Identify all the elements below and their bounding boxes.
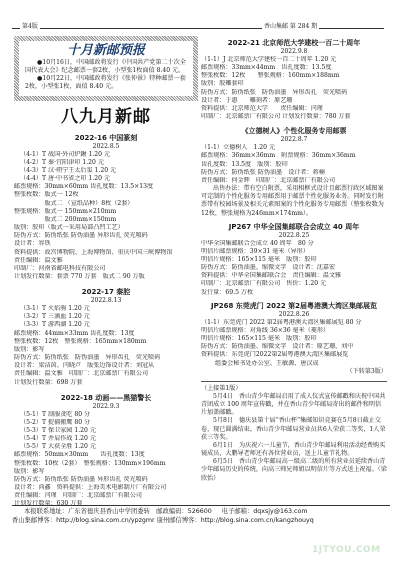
spec-line: 中华全国集邮联合会成立 40 周年 80 分 [201,240,387,248]
spec-line: 资料提供：中华全国集邮联合会 责任编辑：温文雅 [201,272,387,280]
section-title: 2022-17 秦腔 [14,287,198,297]
stamp-line: （3-1）T 火焰驹 1.20 元 [14,305,198,313]
spec-line: 印制厂：北京邮票厂有限公司 计划发行数量：780 万套 [201,113,387,121]
page-number-label: 第4版 [20,23,40,31]
spec-line: 防伪方式：防伪纸张 防伪油墨 异形齿孔 荧光喷码 [201,89,387,97]
spec-line: 防伪方式：防伪纸张 防伪油墨 异形齿孔 荧光喷码 [14,476,198,484]
preview-title: 十月新邮预报 [25,43,187,59]
section-title: 《立德树人》个性化服务专用邮票 [201,126,387,136]
news-paragraph: 5月4日 香山青少年邮局启用了成人仪式宣传邮戳和庆祝中国共青团成立 100 周年… [201,393,387,417]
spec-line: 邮票规格：33mm×44mm 齿孔度数：13.5度 [201,64,387,72]
spec-line: 版别：影写 [14,346,198,354]
section-title: 2022-16 中国篆刻 [14,133,198,143]
footer-contact-line: 本报联系地址：广东省德庆县香山中学团委转 邮政编码：526600 电子邮箱：dq… [12,507,390,516]
section-title: JP268 东莞虎门 2022 第2届粤港澳大湾区集邮展览 [201,301,387,311]
spec-line: 防伪方式：防伪油墨、缩微文字 设计者：沈嘉宏 [201,264,387,272]
stamp-line: （4-2）T 秦·宜阳津印 1.20 元 [14,159,198,167]
spec-line: 整张枚数：版式一 12枚 [14,191,198,199]
publication-issue: 香山集邮 第 284 期 [262,23,319,31]
spec-line: 印制厂：北京邮票厂有限公司 售价：1.20 元 [201,280,387,288]
spec-line: 邮票规格：50mm×30mm 齿孔度数：13度 [14,451,198,459]
spec-line: 整张枚数：12枚 整张规格：160mm×188mm [201,72,387,80]
blog-link-kangzhou[interactable]: http://blog.sina.com.cn/kangzhouyq [201,517,314,524]
stamp-line: （3-2）T 三滴血 1.20 元 [14,313,198,321]
spec-line: 责任编辑：闫瑾 印制厂：北京邮票厂有限公司 [14,492,198,500]
issue-date: 2022.8.13 [14,297,198,305]
spec-line: 防伪方式：防伪纸张 防伪油墨 异形齿孔 荧光喷码 [14,354,198,362]
spec-line: 防伪方式：防伪油墨、缩微文字 设计者：原艺珊、刘中 [201,343,387,351]
stamp-section-heimao: 2022-18 动画——黑猫警长 2022.9.3 （5-1）T 制服贪吃 80… [14,393,198,509]
spec-line: 整张枚数：12枚 整张规格：165mm×180mm [14,338,198,346]
spec-line: （1-1）东莞虎门 2022 第2届粤港澳大湾区集邮展览 80 分 [201,319,387,327]
stamp-section-zhuanke: 2022-16 中国篆刻 2022.8.5 （4-1）T 战国·外司炉鍬 1.2… [14,133,198,282]
stamp-line: （5-3）T 保卫家园 1.20 元 [14,427,198,435]
spec-line: 设计者：尚鑫 资料提供：上海美术电影制片厂有限公司 [14,484,198,492]
spec-line: 明信片规格：165×115 毫米 版别：胶印 [201,335,387,343]
right-column: 2022-21 北京师范大学建校一百二十周年 2022.9.8 （1-1）J 北… [201,36,387,483]
spec-line: 明信片邮票规格：39×31 毫米（异形） [201,248,387,256]
blog-label-kangzhou: 康州邮信博客： [157,517,201,524]
stamp-line: （3-3）T 游西湖 1.20 元 [14,321,198,329]
left-column: 十月新邮预报 ●10月16日，中国邮政将发行《中国共产党第二十次全国代表大会》纪… [14,36,198,509]
section-divider [201,381,387,382]
spec-line: 明信片邮票规格：对角线 36×36 毫米（菱形） [201,327,387,335]
news-section: （上接第1版） 5月4日 香山青少年邮局启用了成人仪式宣传邮戳和庆祝中国共青团成… [201,385,387,483]
stamp-line: （4-1）T 战国·外司炉鍬 1.20 元 [14,151,198,159]
section-title: 2022-18 动画——黑猫警长 [14,393,198,403]
issue-date: 2022.8.26 [201,311,387,319]
news-paragraph: 5月8日 德庆县第十届“香山杯”集邮知识竞赛在5月8日截止交卷，现已圆满结束。香… [201,417,387,441]
watermark-logo: 1JTYOU.COM [312,545,381,555]
spec-line: 责任编辑：何金辉 印制厂：北京邮票厂有限公司 [201,177,387,185]
stamp-section-jp267: JP267 中华全国集邮联合会成立 40 周年 2022.8.25 中华全国集邮… [201,222,387,297]
spec-line: 设计者：容铁 [14,240,198,248]
stamp-section-lideshuren: 《立德树人》个性化服务专用邮票 2022.8.7 （1-1）立德树人 1.20 … [201,126,387,217]
spec-line: 邮票规格：36mm×36mm 附票规格：36mm×36mm [201,152,387,160]
continued-note: （下转第3版） [201,368,387,376]
spec-line: 整张枚数：10枚（2套） 整张规格：130mm×196mm [14,460,198,468]
stamp-line: （5-1）T 制服贪吃 80 分 [14,411,198,419]
spec-line: 责任编辑：温文雅 [14,257,198,265]
spec-line: 版式二 200mm×150mm [14,216,198,224]
spec-line: 发行量：69.5 万枚 [201,289,387,297]
issue-date: 2022.9.8 [201,48,387,56]
postcode: 526600 [188,508,212,515]
spec-line: 印制厂：河南省邮电科技有限公司 [14,265,198,273]
spec-line: 设计者：于惠 雕刻者：原艺珊 [201,97,387,105]
news-paragraph: 6月1日 为庆祝六一儿童节，香山青少年邮局利用活动经费购买镜成员，大鹏导老师还有… [201,442,387,458]
spec-line: 资料提供：北京师范大学 责任编辑：闫瑾 [201,105,387,113]
spec-line: 计划发行数量：套票 770 万套 版式二 90 万版 [14,273,198,281]
footer-blog-line: 香山集邮博客：http://blog.sina.com.cn/ypzgmr 康州… [12,516,390,525]
stamp-section-jp268: JP268 东莞虎门 2022 第2届粤港澳大湾区集邮展览 2022.8.26 … [201,301,387,376]
section-title: JP267 中华全国集邮联合会成立 40 周年 [201,222,387,232]
section-title: 2022-21 北京师范大学建校一百二十周年 [201,38,387,48]
issue-date: 2022.8.7 [201,136,387,144]
news-paragraph: 6月5日 香山青少年邮局高一级高二级的所有营业员延续香山青少年邮局历史的传统，向… [201,458,387,482]
spec-line: 资料提供：东莞虎门2022第2届粤港澳大湾区集邮展览 [201,351,387,359]
issue-date: 2022.9.3 [14,403,198,411]
preview-item: ●10月16日，中国邮政将发行《中国共产党第二十次全国代表大会》纪念邮票一套2枚… [25,59,187,75]
issue-date: 2022.8.5 [14,143,198,151]
spec-line: 组委会秘书处办公室、王敏源、唐汉成 [201,360,387,368]
stamp-line: （5-4）T 并肩作战 1.20 元 [14,435,198,443]
spec-line: 版式二 （宣纸品种）8枚（2套） [14,200,198,208]
spec-line: 版别：胶印（版式一采用局部凸凹工艺） [14,224,198,232]
email-label: 电子邮箱： [214,508,253,515]
spec-line: 邮票规格：30mm×60mm 齿孔度数：13.5×13度 [14,183,198,191]
stamp-line: （5-2）T 捉捕搬鹰 80 分 [14,419,198,427]
spec-line: 资料提供：故宫博物院、上海博物馆、重庆中国三峡博物馆 [14,249,198,257]
sale-method-paragraph: 出售办法：带有空白附票，采用相框式设计且邮票行政区域图案可定制的个性化服务专用邮… [201,185,387,218]
preview-item: ●10月22日，中国邮政将发行《张仲景》特种邮票一套2枚，小型张1枚，面值 8.… [25,75,187,91]
spec-line: 整张规格：版式一 150mm×210mm [14,208,198,216]
contact-address: 本报联系地址：广东省德庆县香山中学团委转 邮政编码： [12,508,188,515]
spec-line: 防伪方式：防伪纸张 防伪油墨 设计者：蒋楠 [201,169,387,177]
spec-line: 齿孔度数：13.5度 版别：胶印 [201,161,387,169]
stamp-line: （4-3）T 汉·朔宁王太后玺 1.20 元 [14,167,198,175]
preview-box: 十月新邮预报 ●10月16日，中国邮政将发行《中国共产党第二十次全国代表大会》纪… [14,36,198,101]
stamp-line: （4-4）T 唐·中书省之印 1.20 元 [14,175,198,183]
spec-line: 明信片规格：165×115 毫米 版别：胶印 [201,256,387,264]
stamp-section-qinqiang: 2022-17 秦腔 2022.8.13 （3-1）T 火焰驹 1.20 元 （… [14,287,198,387]
spec-line: 版别：影写 [14,468,198,476]
spec-line: 计划发行数量：698 万套 [14,379,198,387]
spec-line: 设计者：梁洁茵、闫晓卢 版张边饰设计者：刘冠从 [14,362,198,370]
email-link[interactable]: dqxsjy@163.com [253,508,307,515]
footer: 本报联系地址：广东省德庆县香山中学团委转 邮政编码：526600 电子邮箱：dq… [12,505,390,525]
blog-label-xiangshan: 香山集邮博客： [12,517,56,524]
stamp-line: （5-5）T 大获全胜 1.20 元 [14,443,198,451]
continued-from-note: （上接第1版） [201,385,387,393]
blog-link-xiangshan[interactable]: http://blog.sina.com.cn/ypzgmr [56,517,155,524]
spec-line: （1-1）J 北京师范大学建校一百二十周年 1.20 元 [201,56,387,64]
stamp-section-bnu: 2022-21 北京师范大学建校一百二十周年 2022.9.8 （1-1）J 北… [201,38,387,121]
spec-line: 责任编辑：温文雅 印制厂：北京邮票厂有限公司 [14,370,198,378]
spec-line: 版别：胶雕套印 [201,80,387,88]
spec-line: （1-1）立德树人 1.20 元 [201,144,387,152]
main-title: 八九月新邮 [14,107,198,127]
spec-line: 邮票规格：44mm×33mm 齿孔度数：13度 [14,330,198,338]
issue-date: 2022.8.25 [201,232,387,240]
spec-line: 防伪方式：防伪纸张 防伪油墨 异形齿孔 荧光喷码 [14,232,198,240]
